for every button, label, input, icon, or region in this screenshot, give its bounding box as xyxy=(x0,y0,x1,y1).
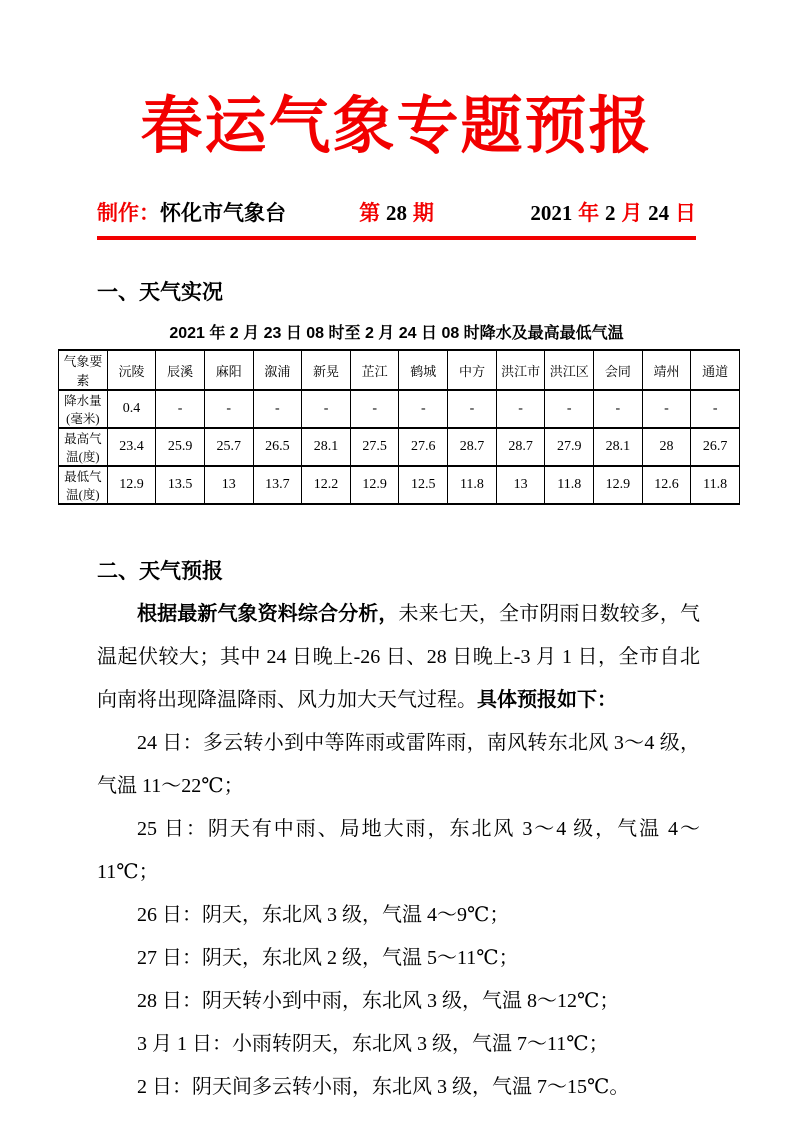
date-month: 2 xyxy=(605,201,616,225)
intro-tail: 具体预报如下： xyxy=(477,689,617,711)
table-cell: 28.7 xyxy=(448,428,497,466)
forecast-item: 26 日：阴天，东北风 3 级，气温 4～9℃； xyxy=(97,894,700,937)
forecast-list: 24 日：多云转小到中等阵雨或雷阵雨，南风转东北风 3～4 级，气温 11～22… xyxy=(97,722,700,1109)
table-header-cell: 溆浦 xyxy=(253,350,302,390)
table-cell: - xyxy=(691,390,740,428)
table-cell: 11.8 xyxy=(448,466,497,504)
table-header-cell: 芷江 xyxy=(350,350,399,390)
table-header-cell: 麻阳 xyxy=(204,350,253,390)
table-row: 最低气温(度)12.913.51313.712.212.912.511.8131… xyxy=(59,466,740,504)
table-header-cell: 鹤城 xyxy=(399,350,448,390)
doc-title: 春运气象专题预报 xyxy=(0,92,793,163)
table-cell: - xyxy=(204,390,253,428)
table-cell: 13.5 xyxy=(156,466,205,504)
table-cell: - xyxy=(302,390,351,428)
forecast-item: 25 日：阴天有中雨、局地大雨，东北风 3～4 级，气温 4～11℃； xyxy=(97,808,700,894)
date-month-unit: 月 xyxy=(616,202,649,225)
forecast-item: 24 日：多云转小到中等阵雨或雷阵雨，南风转东北风 3～4 级，气温 11～22… xyxy=(97,722,700,808)
table-cell: - xyxy=(594,390,643,428)
weather-table: 气象要素沅陵辰溪麻阳溆浦新晃芷江鹤城中方洪江市洪江区会同靖州通道 降水量(毫米)… xyxy=(58,349,740,505)
intro-paragraph: 根据最新气象资料综合分析，未来七天，全市阴雨日数较多，气温起伏较大；其中 24 … xyxy=(97,593,700,722)
table-cell: 11.8 xyxy=(691,466,740,504)
table-cell: 28.7 xyxy=(496,428,545,466)
table-cell: - xyxy=(545,390,594,428)
document-page: 春运气象专题预报 制作：怀化市气象台 第 28 期 2021 年 2 月 24 … xyxy=(0,0,793,1122)
producer-label: 制作： xyxy=(97,202,160,225)
table-header-cell: 沅陵 xyxy=(107,350,156,390)
table-cell: 12.9 xyxy=(594,466,643,504)
table-cell: - xyxy=(642,390,691,428)
weather-table-header-row: 气象要素沅陵辰溪麻阳溆浦新晃芷江鹤城中方洪江市洪江区会同靖州通道 xyxy=(59,350,740,390)
table-cell: 12.9 xyxy=(350,466,399,504)
table-cell: 12.2 xyxy=(302,466,351,504)
table-cell: - xyxy=(350,390,399,428)
table-header-cell: 洪江市 xyxy=(496,350,545,390)
table-cell: 0.4 xyxy=(107,390,156,428)
forecast-item: 2 日：阴天间多云转小雨，东北风 3 级，气温 7～15℃。 xyxy=(97,1066,700,1109)
table-cell: 25.9 xyxy=(156,428,205,466)
date-day: 24 xyxy=(648,201,669,225)
row-header-cell: 降水量(毫米) xyxy=(59,390,108,428)
table-cell: - xyxy=(253,390,302,428)
table-header-cell: 气象要素 xyxy=(59,350,108,390)
table-row: 最高气温(度)23.425.925.726.528.127.527.628.72… xyxy=(59,428,740,466)
table-header-cell: 通道 xyxy=(691,350,740,390)
issue-prefix: 第 xyxy=(359,202,386,225)
issue-line: 第 28 期 xyxy=(306,197,488,227)
section2-heading: 二、天气预报 xyxy=(97,555,696,585)
date-year-unit: 年 xyxy=(572,202,605,225)
issue-number: 28 xyxy=(386,201,407,225)
table-cell: 28.1 xyxy=(302,428,351,466)
table-header-cell: 新晃 xyxy=(302,350,351,390)
table-cell: 27.9 xyxy=(545,428,594,466)
table-cell: 28.1 xyxy=(594,428,643,466)
table-cell: - xyxy=(448,390,497,428)
forecast-item: 27 日：阴天，东北风 2 级，气温 5～11℃； xyxy=(97,937,700,980)
table-header-cell: 辰溪 xyxy=(156,350,205,390)
table-header-cell: 靖州 xyxy=(642,350,691,390)
table-cell: 13 xyxy=(204,466,253,504)
producer-name: 怀化市气象台 xyxy=(160,202,286,225)
table-cell: - xyxy=(496,390,545,428)
table-cell: 27.6 xyxy=(399,428,448,466)
masthead: 制作：怀化市气象台 第 28 期 2021 年 2 月 24 日 xyxy=(97,197,696,240)
table-cell: 28 xyxy=(642,428,691,466)
section1-heading: 一、天气实况 xyxy=(97,276,696,306)
table-cell: 27.5 xyxy=(350,428,399,466)
table-cell: 12.6 xyxy=(642,466,691,504)
table-cell: 11.8 xyxy=(545,466,594,504)
table-cell: 25.7 xyxy=(204,428,253,466)
table-row: 降水量(毫米)0.4------------ xyxy=(59,390,740,428)
table-cell: 23.4 xyxy=(107,428,156,466)
table-header-cell: 会同 xyxy=(594,350,643,390)
table-cell: 26.7 xyxy=(691,428,740,466)
date-year: 2021 xyxy=(530,201,572,225)
date-day-unit: 日 xyxy=(669,202,696,225)
row-header-cell: 最高气温(度) xyxy=(59,428,108,466)
issue-suffix: 期 xyxy=(407,202,434,225)
table-cell: - xyxy=(399,390,448,428)
forecast-item: 28 日：阴天转小到中雨，东北风 3 级，气温 8～12℃； xyxy=(97,980,700,1023)
table-cell: 12.5 xyxy=(399,466,448,504)
row-header-cell: 最低气温(度) xyxy=(59,466,108,504)
forecast-body: 根据最新气象资料综合分析，未来七天，全市阴雨日数较多，气温起伏较大；其中 24 … xyxy=(97,593,700,1109)
table-header-cell: 中方 xyxy=(448,350,497,390)
table-cell: 13 xyxy=(496,466,545,504)
table-caption: 2021 年 2 月 23 日 08 时至 2 月 24 日 08 时降水及最高… xyxy=(0,320,793,343)
table-cell: 13.7 xyxy=(253,466,302,504)
table-cell: 12.9 xyxy=(107,466,156,504)
intro-lead: 根据最新气象资料综合分析， xyxy=(137,603,398,625)
table-cell: - xyxy=(156,390,205,428)
forecast-item: 3 月 1 日：小雨转阴天，东北风 3 级，气温 7～11℃； xyxy=(97,1023,700,1066)
producer-line: 制作：怀化市气象台 xyxy=(97,197,306,227)
date-line: 2021 年 2 月 24 日 xyxy=(487,197,696,227)
table-header-cell: 洪江区 xyxy=(545,350,594,390)
table-cell: 26.5 xyxy=(253,428,302,466)
